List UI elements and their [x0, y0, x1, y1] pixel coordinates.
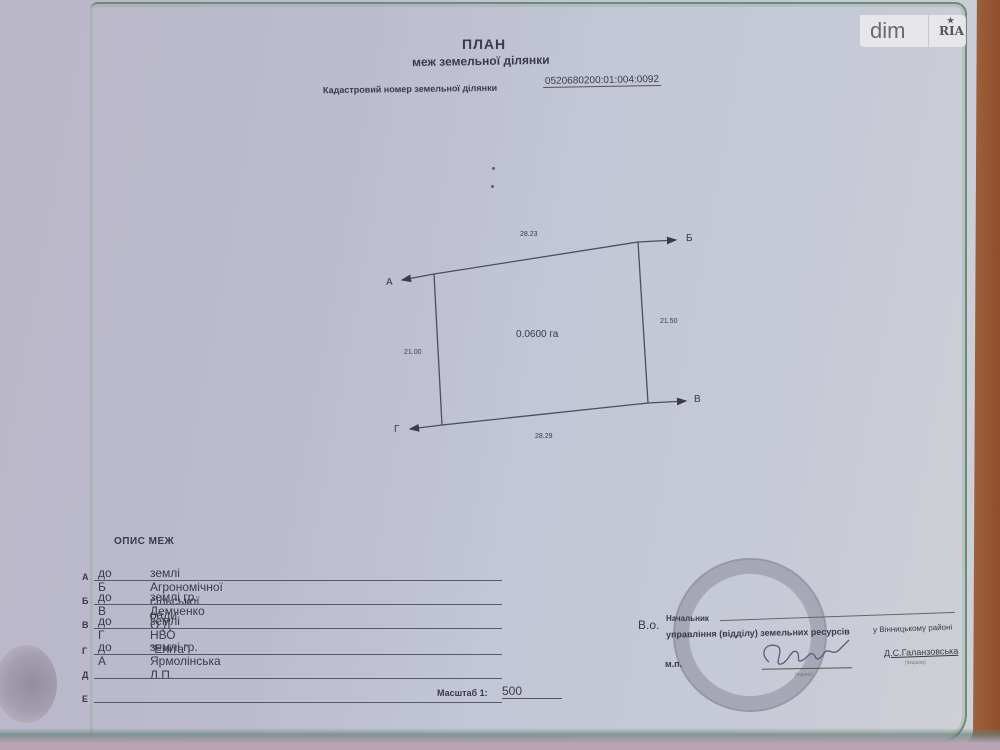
side-length-g-a: 21.00	[404, 349, 422, 356]
scale-value: 500	[502, 684, 562, 699]
watermark-ria-label: RIA	[939, 24, 964, 38]
boundary-from: В	[82, 620, 89, 630]
acting-label: В.о.	[638, 618, 659, 632]
point-label-g: Г	[394, 424, 399, 435]
point-label-a: А	[386, 277, 393, 288]
side-length-b-v: 21.50	[660, 318, 678, 325]
boundary-underline	[94, 654, 502, 655]
star-icon: ★	[947, 15, 954, 25]
boundary-from: Е	[82, 694, 88, 704]
position-line-1: Начальник	[666, 614, 709, 623]
boundary-underline	[94, 604, 502, 605]
boundaries-heading: ОПИС МЕЖ	[114, 536, 174, 547]
name-caption: (ініціали)	[905, 660, 926, 666]
side-length-v-g: 28.29	[535, 433, 553, 440]
boundary-from: А	[82, 572, 89, 582]
parcel-area: 0.0600 га	[516, 329, 558, 340]
boundary-from: Г	[82, 646, 87, 656]
boundary-from: Д	[82, 670, 88, 680]
boundary-underline	[94, 702, 502, 703]
boundary-underline	[94, 580, 502, 581]
boundary-underline	[94, 678, 502, 679]
boundary-owner: землі гр. Ярмолінська Л.П.	[150, 640, 221, 682]
watermark-logo: dim ★ RIA	[860, 15, 966, 47]
scale-label: Масштаб 1:	[437, 688, 488, 698]
signature-caption: (підпис)	[795, 672, 813, 678]
side-length-a-b: 28.23	[520, 231, 538, 238]
seal-place-label: м.п.	[665, 659, 682, 669]
point-label-v: В	[694, 394, 701, 405]
watermark-dim-text: dim	[860, 18, 928, 44]
boundary-underline	[94, 628, 502, 629]
watermark-ria-text: ★ RIA	[929, 24, 964, 38]
point-label-b: Б	[686, 233, 693, 244]
boundary-from: Б	[82, 596, 88, 606]
